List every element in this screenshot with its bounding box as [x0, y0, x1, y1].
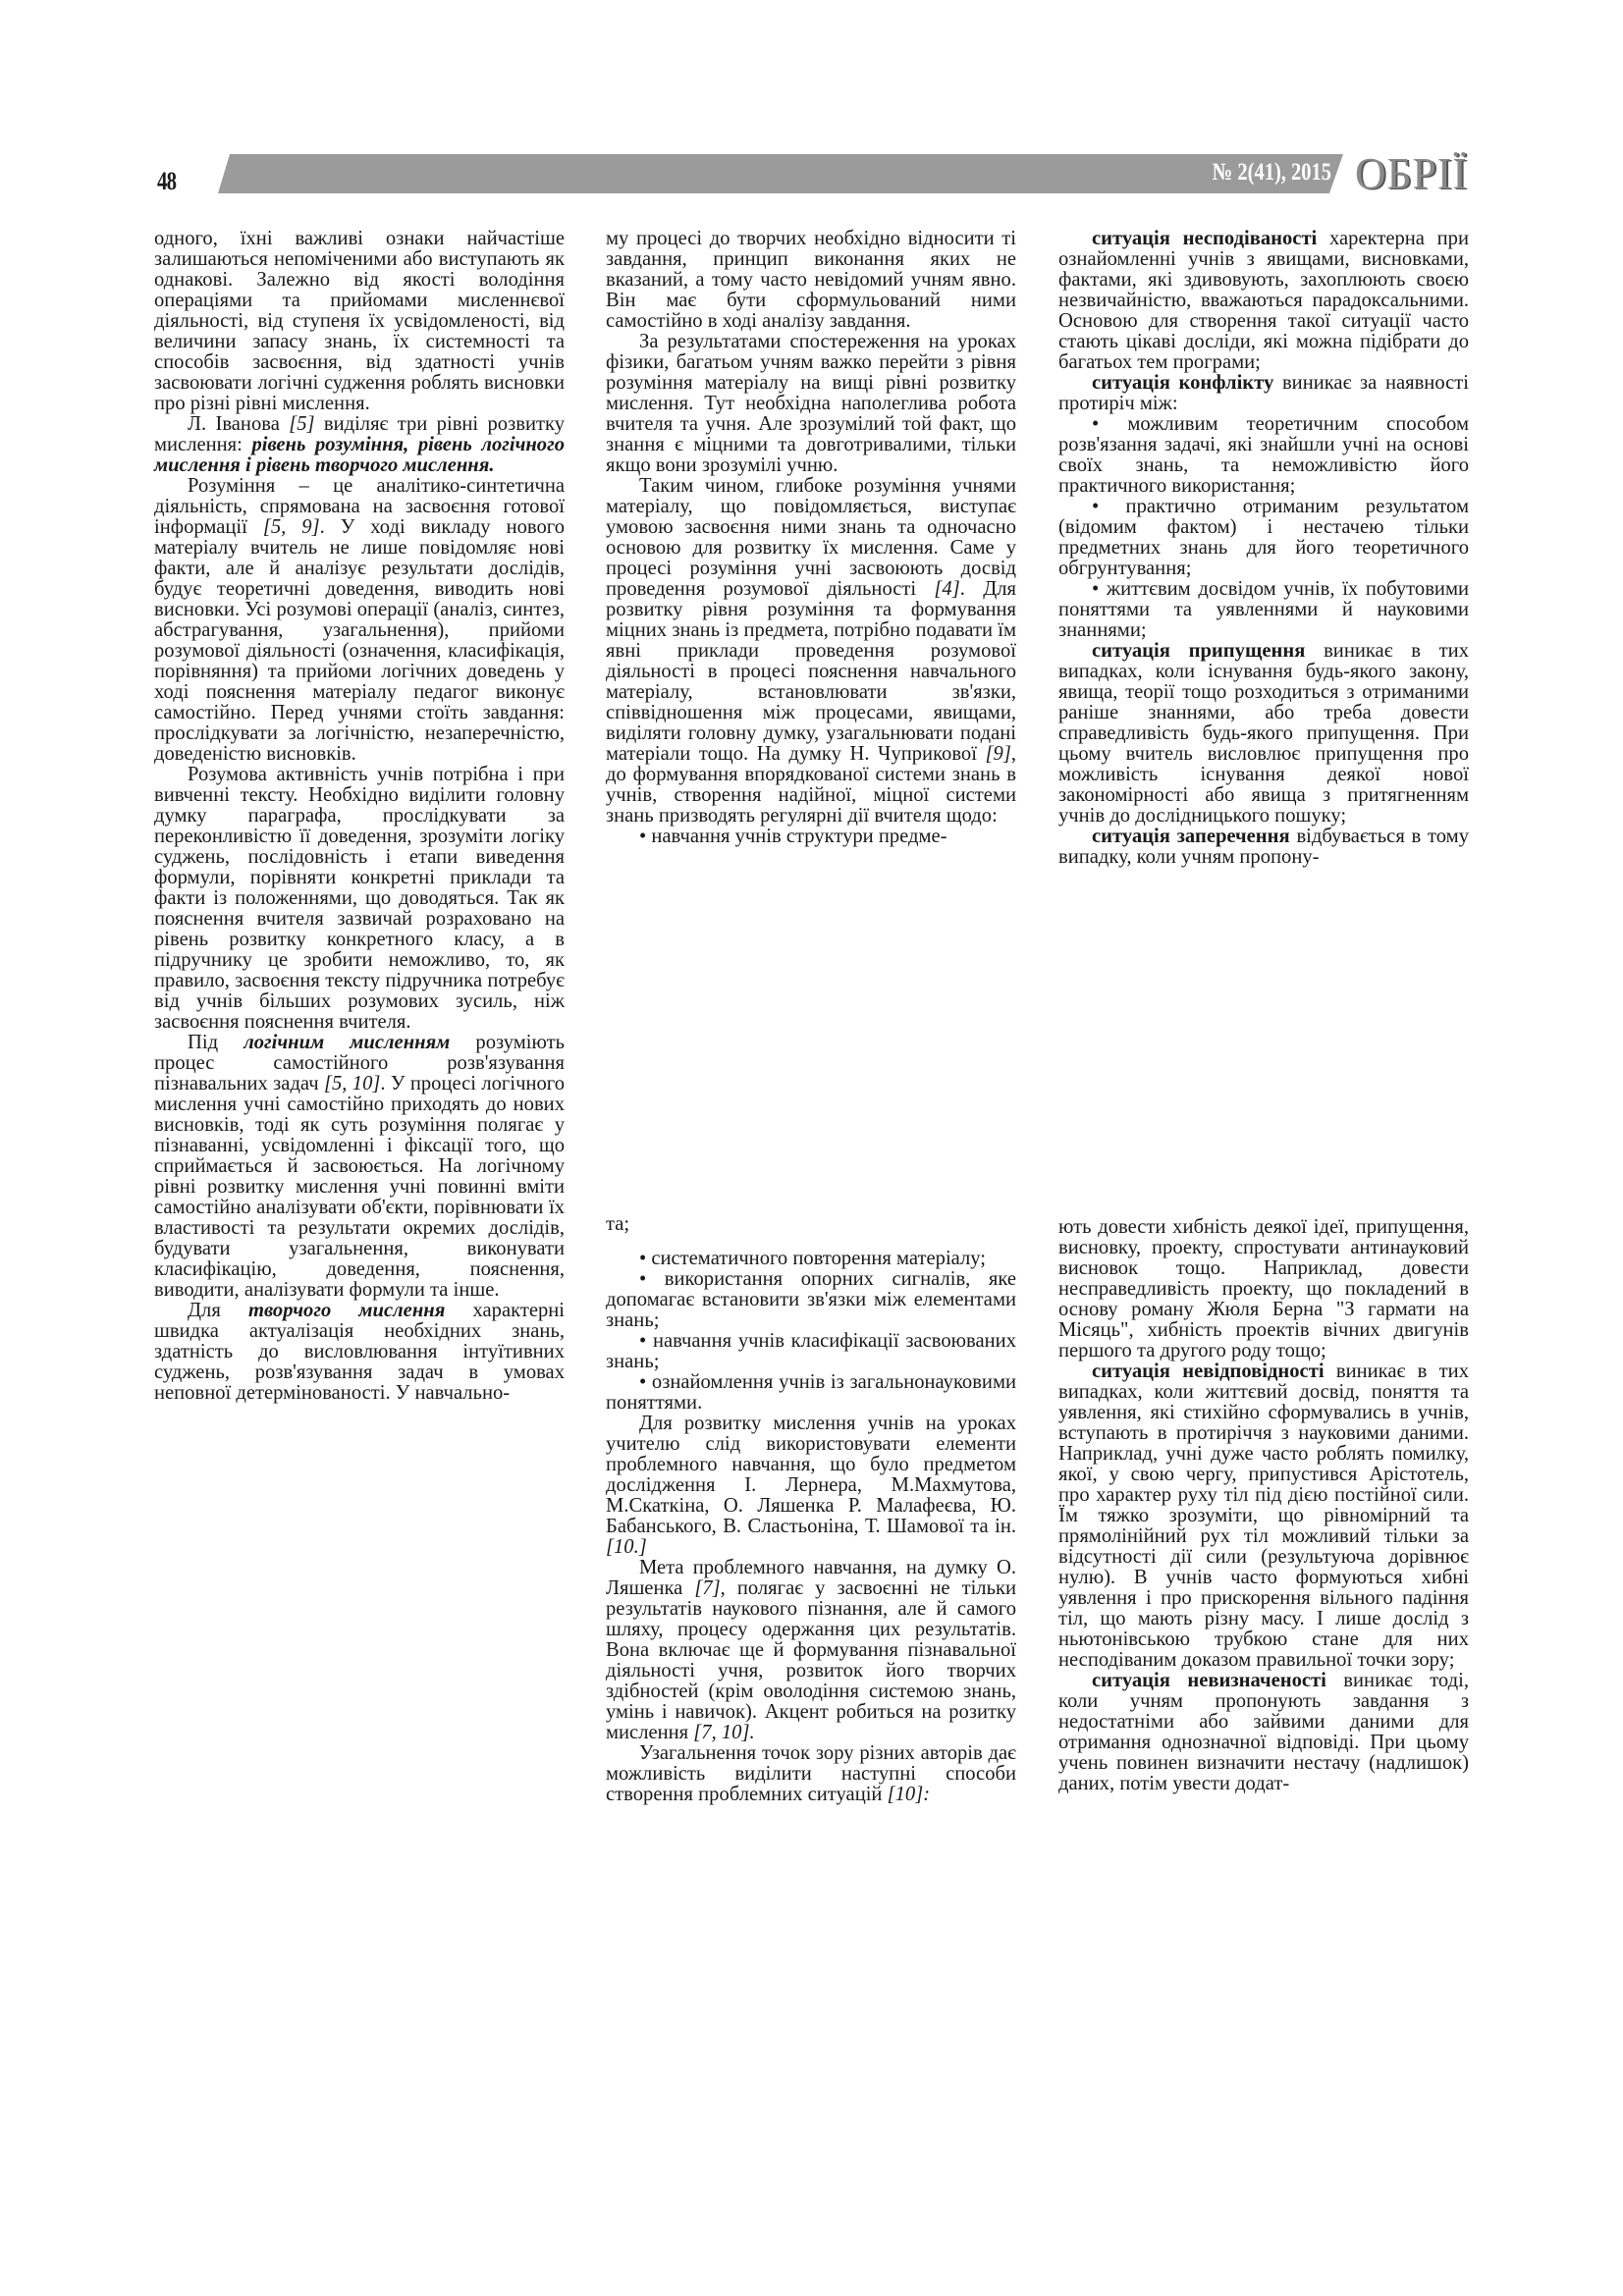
citation: [9]	[986, 743, 1011, 765]
text: ють довести хибність деякої ідеї, припущ…	[1058, 1216, 1469, 1362]
term: ситуація припущення	[1092, 640, 1305, 662]
journal-logo: ОБРІЇ	[1355, 147, 1468, 199]
text: одного, їхні важливі ознаки найчастіше з…	[154, 228, 565, 414]
column-2-bottom: та; • систематичного повторення матеріал…	[606, 1214, 1016, 1805]
text: • ознайомлення учнів із загальнонауковим…	[606, 1371, 1016, 1414]
text: • практично отриманим результатом (відом…	[1058, 496, 1469, 579]
header-band	[218, 154, 1343, 193]
text: виникає в тих випадках, коли життєвий до…	[1058, 1361, 1469, 1671]
column-3-bottom: ють довести хибність деякої ідеї, припущ…	[1058, 1217, 1469, 1794]
term: ситуація конфлікту	[1092, 372, 1273, 394]
text: Узагальнення точок зору різних авторів д…	[606, 1742, 1016, 1805]
paragraph: Мета проблемного навчання, на думку О. Л…	[606, 1558, 1016, 1743]
text: • використання опорних сигналів, яке доп…	[606, 1268, 1016, 1331]
paragraph: ситуація невідповідності виникає в тих в…	[1058, 1362, 1469, 1671]
text: харектерна при ознайомленні учнів з явищ…	[1058, 228, 1469, 373]
text: Для розвитку мислення учнів на уроках уч…	[606, 1413, 1016, 1537]
citation: [5]	[289, 413, 314, 435]
text: • навчання учнів структури предме-	[639, 826, 947, 847]
citation: [7]	[694, 1577, 720, 1599]
citation: [7, 10].	[693, 1722, 754, 1743]
list-item: • практично отриманим результатом (відом…	[1058, 497, 1469, 579]
text: • систематичного повторення матеріалу;	[639, 1248, 986, 1269]
paragraph: Для творчого мислення характерні швидка …	[154, 1301, 565, 1404]
term: ситуація невизначеності	[1092, 1670, 1326, 1691]
text: му процесі до творчих необхідно відносит…	[606, 228, 1016, 332]
column-1: одного, їхні важливі ознаки найчастіше з…	[154, 229, 565, 1404]
citation: [10]:	[888, 1784, 930, 1805]
list-item: • можливим теоретичним способом розв'яза…	[1058, 414, 1469, 497]
text: та;	[606, 1213, 629, 1235]
text: . Для розвитку рівня розуміння та формув…	[606, 578, 1016, 765]
emphasis: творчого мислення	[248, 1300, 445, 1321]
text: Для	[188, 1300, 248, 1321]
paragraph: му процесі до творчих необхідно відносит…	[606, 229, 1016, 332]
text: виникає в тих випадках, коли існування б…	[1058, 640, 1469, 827]
text: • можливим теоретичним способом розв'яза…	[1058, 413, 1469, 497]
list-item: • систематичного повторення матеріалу;	[606, 1249, 1016, 1269]
citation: [5, 9]	[263, 516, 320, 538]
paragraph: ситуація несподіваності харектерна при о…	[1058, 229, 1469, 373]
text: Розумова активність учнів потрібна і при…	[154, 764, 565, 1033]
paragraph: ють довести хибність деякої ідеї, припущ…	[1058, 1217, 1469, 1362]
issue-number: № 2(41), 2015	[1213, 159, 1331, 187]
citation: [10.]	[606, 1536, 647, 1558]
list-item: • навчання учнів класифікації засвоювани…	[606, 1331, 1016, 1372]
column-2-top: му процесі до творчих необхідно відносит…	[606, 229, 1016, 847]
text: Л. Іванова	[188, 413, 289, 435]
emphasis: логічним мисленням	[243, 1032, 450, 1053]
spacer	[606, 1235, 1016, 1249]
paragraph: одного, їхні важливі ознаки найчастіше з…	[154, 229, 565, 414]
column-3-top: ситуація несподіваності харектерна при о…	[1058, 229, 1469, 868]
term: ситуація заперечення	[1092, 826, 1290, 847]
list-item: • життєвим досвідом учнів, їх побутовими…	[1058, 579, 1469, 641]
paragraph: Розуміння – це аналітико-синтетична діял…	[154, 476, 565, 765]
paragraph: ситуація невизначеності виникає тоді, ко…	[1058, 1671, 1469, 1794]
citation: [5, 10]	[324, 1073, 380, 1095]
paragraph: Узагальнення точок зору різних авторів д…	[606, 1743, 1016, 1805]
text: • життєвим досвідом учнів, їх побутовими…	[1058, 578, 1469, 641]
paragraph: Для розвитку мислення учнів на уроках уч…	[606, 1414, 1016, 1558]
text: , полягає у засвоєнні не тільки результа…	[606, 1577, 1016, 1743]
paragraph: Л. Іванова [5] виділяє три рівні розвитк…	[154, 414, 565, 476]
paragraph: ситуація припущення виникає в тих випадк…	[1058, 641, 1469, 827]
term: ситуація несподіваності	[1092, 228, 1317, 249]
text: • навчання учнів класифікації засвоювани…	[606, 1330, 1016, 1372]
text: Під	[188, 1032, 243, 1053]
paragraph: Під логічним мисленням розуміють процес …	[154, 1033, 565, 1301]
text: За результатами спостереження на уроках …	[606, 331, 1016, 476]
list-item: • використання опорних сигналів, яке доп…	[606, 1269, 1016, 1331]
paragraph: та;	[606, 1214, 1016, 1235]
page-number: 48	[157, 167, 176, 196]
paragraph: ситуація конфлікту виникає за наявності …	[1058, 373, 1469, 414]
text: . У процесі логічного мислення учні само…	[154, 1073, 565, 1301]
list-item: • навчання учнів структури предме-	[606, 827, 1016, 847]
term: ситуація невідповідності	[1092, 1361, 1325, 1382]
paragraph: Таким чином, глибоке розуміння учнями ма…	[606, 476, 1016, 827]
list-item: • ознайомлення учнів із загальнонауковим…	[606, 1372, 1016, 1414]
paragraph: Розумова активність учнів потрібна і при…	[154, 765, 565, 1033]
text: . У ході викладу нового матеріалу вчител…	[154, 516, 565, 765]
citation: [4]	[934, 578, 959, 600]
paragraph: За результатами спостереження на уроках …	[606, 332, 1016, 476]
paragraph: ситуація заперечення відбувається в тому…	[1058, 827, 1469, 868]
